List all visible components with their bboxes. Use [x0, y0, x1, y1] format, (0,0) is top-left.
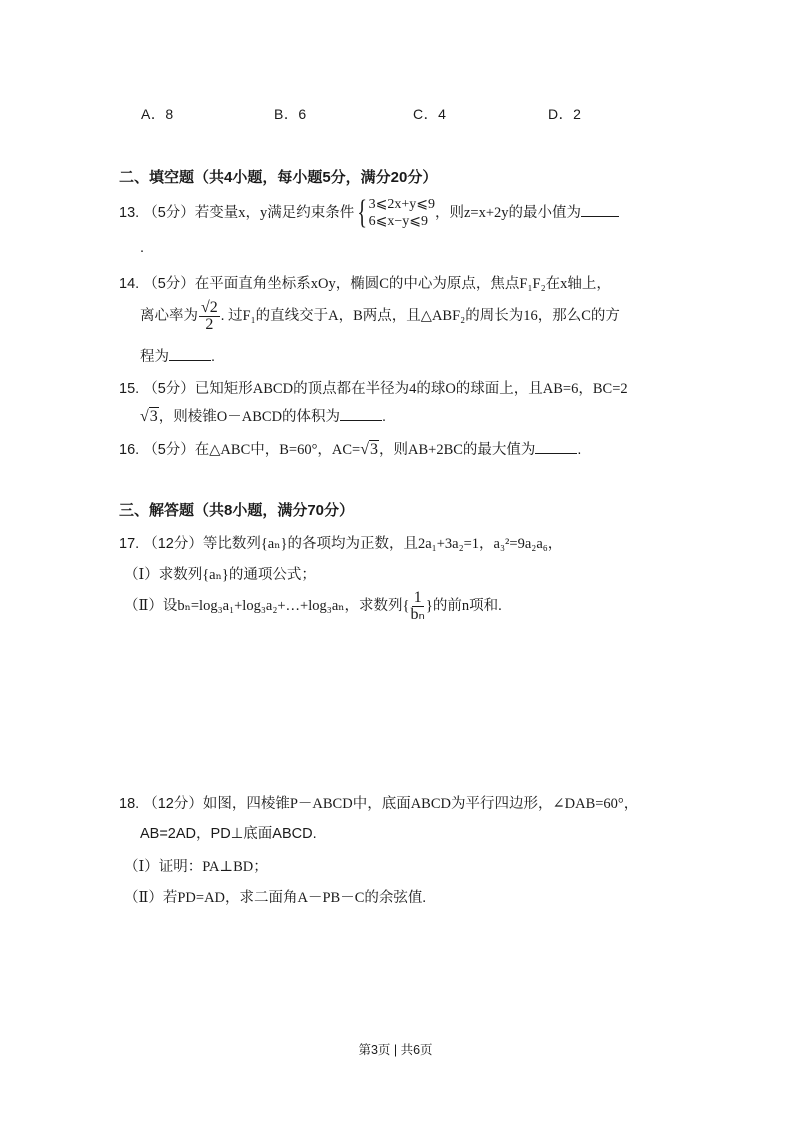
- question-score: （5分）: [143, 442, 195, 458]
- choice-d: D．2: [548, 104, 581, 124]
- question-17-line1: 17. （12分）等比数列{aₙ}的各项均为正数，且2a₁+3a₂=1，a₃²=…: [119, 532, 562, 553]
- question-18-part2: （Ⅱ）若PD=AD，求二面角A－PB－C的余弦值.: [124, 886, 426, 907]
- choice-a: A．8: [141, 104, 174, 124]
- question-18-line1: 18. （12分）如图，四棱锥P－ABCD中，底面ABCD为平行四边形，∠DAB…: [119, 792, 638, 813]
- page-footer: 第3页 | 共6页: [0, 1040, 791, 1058]
- question-score: （5分）: [143, 276, 195, 292]
- fraction-sqrt2-over-2: √22: [199, 300, 220, 333]
- question-15-line1: 15. （5分）已知矩形ABCD的顶点都在半径为4的球O的球面上，且AB=6，B…: [119, 377, 628, 398]
- section-heading-solutions: 三、解答题（共8小题，满分70分）: [119, 499, 354, 520]
- question-14-line1: 14. （5分）在平面直角坐标系xOy，椭圆C的中心为原点，焦点F₁F₂在x轴上…: [119, 272, 611, 293]
- answer-blank: [340, 406, 382, 421]
- question-18-part1: （Ⅰ）证明：PA⊥BD；: [124, 855, 268, 876]
- question-14-line3: 程为.: [140, 345, 215, 366]
- question-score: （5分）: [143, 205, 195, 221]
- question-score: （5分）: [143, 381, 195, 397]
- q13-end-period: .: [140, 240, 144, 256]
- sqrt-3: √3: [360, 440, 379, 458]
- answer-blank: [535, 439, 577, 454]
- choice-b: B．6: [274, 104, 307, 124]
- question-17-part2: （Ⅱ）设bₙ=log₃a₁+log₃a₂+…+log₃aₙ，求数列{1bₙ}的前…: [124, 588, 502, 624]
- fraction-1-over-bn: 1bₙ: [411, 590, 425, 623]
- question-number: 16.: [119, 442, 139, 458]
- question-15-line2: √3，则棱锥O－ABCD的体积为.: [140, 405, 386, 426]
- section-heading-fill-in: 二、填空题（共4小题，每小题5分，满分20分）: [119, 166, 437, 187]
- question-16: 16. （5分）在△ABC中，B=60°，AC=√3，则AB+2BC的最大值为.: [119, 438, 581, 459]
- question-18-line2: AB=2AD，PD⊥底面ABCD.: [140, 822, 317, 843]
- question-number: 18.: [119, 796, 139, 812]
- question-number: 15.: [119, 381, 139, 397]
- question-number: 13.: [119, 205, 139, 221]
- question-14-line2: 离心率为√22. 过F₁的直线交于A，B两点，且△ABF₂的周长为16，那么C的…: [140, 298, 620, 334]
- constraint-system: {3⩽2x+y⩽96⩽x−y⩽9: [354, 196, 435, 230]
- sqrt-3: √3: [140, 407, 159, 425]
- choice-c: C．4: [413, 104, 446, 124]
- answer-blank: [581, 202, 619, 217]
- question-score: （12分）: [143, 536, 203, 552]
- question-number: 14.: [119, 276, 139, 292]
- answer-blank: [169, 346, 211, 361]
- question-score: （12分）: [143, 796, 203, 812]
- question-13: 13. （5分）若变量x，y满足约束条件{3⩽2x+y⩽96⩽x−y⩽9，则z=…: [119, 193, 619, 233]
- question-number: 17.: [119, 536, 139, 552]
- question-17-part1: （Ⅰ）求数列{aₙ}的通项公式；: [124, 563, 316, 584]
